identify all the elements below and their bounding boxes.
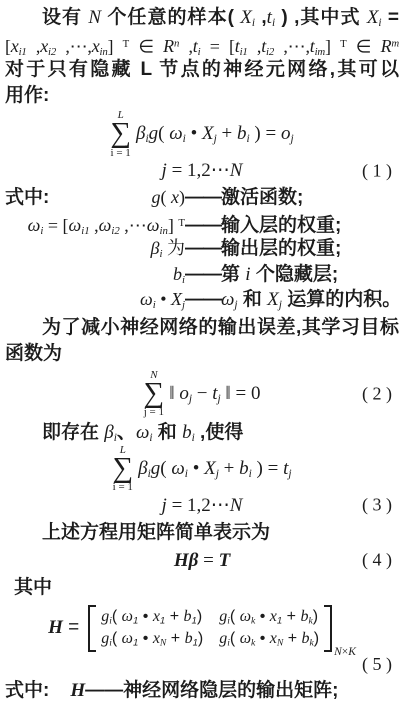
- definition-list: 式中: g( x) —— 激活函数; ωi = [ωi1 ,ωi2 ,⋯ωin]…: [0, 185, 404, 313]
- equation-1-range: j = 1,2⋯N: [162, 160, 243, 181]
- definition-row: bi —— 第 i 个隐藏层;: [0, 262, 404, 288]
- equation-2-main: N ∑ j = 1 ‖ oj − tj ‖ = 0 ( 2 ): [0, 371, 404, 418]
- equation-2: N ∑ j = 1 ‖ oj − tj ‖ = 0 ( 2 ): [0, 371, 404, 418]
- paragraph-3: 即存在 βi、ωi 和 bi ,使得: [0, 420, 404, 446]
- equation-3-range: j = 1,2⋯N: [162, 495, 243, 516]
- deflist-lead: 式中:: [5, 185, 49, 211]
- definition-dash: ——: [185, 262, 221, 288]
- paragraph-4: 上述方程用矩阵简单表示为: [0, 520, 404, 546]
- right-bracket-icon: [324, 605, 332, 652]
- equation-3-condition: j = 1,2⋯N ( 3 ): [0, 493, 404, 518]
- sum-lower-limit: i = 1: [113, 481, 133, 493]
- matrix-lhs: H =: [48, 617, 79, 639]
- matrix-grid: gi( ω1 • x1 + b1) gi( ωk • x1 + bk) gi( …: [101, 605, 319, 652]
- equation-5: H = gi( ω1 • x1 + b1) gi( ωk • x1 + bk) …: [0, 605, 404, 676]
- matrix-cell: gi( ω1 • xN + b1): [101, 630, 203, 649]
- definition-row: βi 为 —— 输出层的权重;: [0, 236, 404, 262]
- summation-symbol: N ∑ j = 1: [144, 370, 165, 419]
- equation-4: Hβ = T ( 4 ): [0, 548, 404, 573]
- definition-term: ωi • Xj: [0, 287, 185, 319]
- equation-2-number: ( 2 ): [362, 384, 392, 405]
- paragraph-2-line-2: 函数为: [0, 341, 404, 367]
- equation-1: L ∑ i = 1 βig( ωi • Xj + bi ) = oj j = 1…: [0, 111, 404, 183]
- sigma-icon: ∑: [112, 456, 133, 482]
- left-bracket-icon: [88, 605, 96, 652]
- definition-desc: 激活函数;: [221, 185, 303, 211]
- summation-symbol: L ∑ i = 1: [110, 110, 131, 159]
- definition-desc: ωj 和 Xj 运算的内积。: [221, 287, 401, 319]
- matrix-cell: gi( ω1 • x1 + b1): [101, 608, 203, 627]
- summation-symbol: L ∑ i = 1: [112, 445, 133, 494]
- definition-row: 式中: g( x) —— 激活函数;: [0, 185, 404, 211]
- equation-1-number: ( 1 ): [362, 158, 392, 183]
- paragraph-6: 式中: H——神经网络隐层的输出矩阵;: [0, 678, 404, 704]
- equation-4-main: Hβ = T ( 4 ): [0, 548, 404, 573]
- document-page: 设有 N 个任意的样本( Xi ,ti ) ,其中式 Xi = [xi1 ,xi…: [0, 0, 404, 712]
- definition-desc: 输出层的权重;: [221, 236, 341, 262]
- equation-3-main: L ∑ i = 1 βig( ωi • Xj + bi ) = tj: [0, 446, 404, 493]
- definition-desc: 输入层的权重;: [221, 213, 341, 239]
- paragraph-6-body: H——神经网络隐层的输出矩阵;: [70, 678, 338, 704]
- equation-3-number: ( 3 ): [362, 493, 392, 518]
- matrix-equation: H = gi( ω1 • x1 + b1) gi( ωk • x1 + bk) …: [0, 605, 404, 652]
- equation-2-body: ‖ oj − tj ‖ = 0: [169, 383, 260, 405]
- definition-dash: ——: [185, 236, 221, 262]
- equation-3: L ∑ i = 1 βig( ωi • Xj + bi ) = tj j = 1…: [0, 446, 404, 518]
- paragraph-1-line-3: 对于只有隐藏 L 节点的神经元网络,其可以: [0, 57, 404, 83]
- definition-desc: 第 i 个隐藏层;: [221, 262, 338, 288]
- definition-row: ωi = [ωi1 ,ωi2 ,⋯ωin] T —— 输入层的权重;: [0, 211, 404, 237]
- equation-1-body: βig( ωi • Xj + bi ) = oj: [136, 123, 294, 145]
- definition-row: ωi • Xj —— ωj 和 Xj 运算的内积。: [0, 287, 404, 313]
- definition-dash: ——: [185, 185, 221, 211]
- paragraph-1-line-2: [xi1 ,xi2 ,⋯,xin] T ∈ Rn ,ti = [ti1 ,ti2…: [0, 31, 404, 57]
- sum-lower-limit: j = 1: [144, 406, 164, 418]
- paragraph-1-line-1: 设有 N 个任意的样本( Xi ,ti ) ,其中式 Xi =: [0, 5, 404, 31]
- equation-4-body: Hβ = T: [174, 550, 230, 571]
- equation-1-condition: j = 1,2⋯N ( 1 ): [0, 158, 404, 183]
- equation-3-body: βig( ωi • Xj + bi ) = tj: [138, 458, 291, 480]
- definition-dash: ——: [185, 213, 221, 239]
- matrix-cell: gi( ωk • xN + bk): [219, 630, 319, 649]
- definition-dash: ——: [185, 287, 221, 313]
- paragraph-6-lead: 式中:: [5, 678, 49, 704]
- matrix-cell: gi( ωk • x1 + bk): [219, 608, 319, 627]
- paragraph-1-line-4: 用作:: [0, 83, 404, 109]
- sigma-icon: ∑: [110, 121, 131, 147]
- sum-lower-limit: i = 1: [111, 147, 131, 159]
- equation-4-number: ( 4 ): [362, 548, 392, 573]
- sigma-icon: ∑: [144, 381, 165, 407]
- matrix-dimensions: N×K: [334, 646, 356, 658]
- paragraph-5: 其中: [0, 575, 404, 601]
- equation-1-main: L ∑ i = 1 βig( ωi • Xj + bi ) = oj: [0, 111, 404, 158]
